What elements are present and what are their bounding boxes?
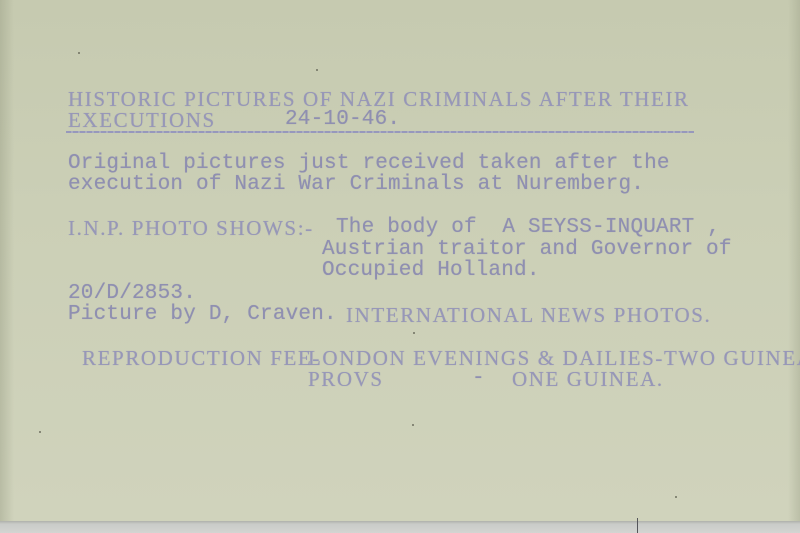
paper-speck (413, 332, 415, 334)
headline-line-1: HISTORIC PICTURES OF NAZI CRIMINALS AFTE… (68, 88, 690, 110)
credit-agency: INTERNATIONAL NEWS PHOTOS. (346, 304, 711, 326)
credit-photographer: Picture by D, Craven. (68, 304, 337, 326)
photo-shows-line-2: Austrian traitor and Governor of (322, 239, 732, 261)
headline-underline (66, 131, 694, 133)
background-surface (0, 521, 800, 533)
surface-mark (637, 518, 638, 533)
paper-speck (316, 69, 318, 71)
photo-shows-label: I.N.P. PHOTO SHOWS:- (68, 217, 314, 239)
paper-speck (78, 52, 80, 54)
paper-speck (39, 431, 41, 433)
fee-provs-text: ONE GUINEA. (512, 368, 664, 390)
typewritten-caption-sheet: HISTORIC PICTURES OF NAZI CRIMINALS AFTE… (0, 0, 800, 521)
fee-label: REPRODUCTION FEE- (82, 347, 321, 369)
fee-provs-dash: - (472, 368, 485, 390)
reference-number: 20/D/2853. (68, 283, 196, 305)
headline-date: 24-10-46. (285, 109, 400, 131)
headline-executions: EXECUTIONS (68, 109, 216, 131)
intro-line-1: Original pictures just received taken af… (68, 153, 670, 175)
photo-shows-line-1: The body of A SEYSS-INQUART , (336, 217, 720, 239)
paper-speck (675, 496, 677, 498)
photo-shows-line-3: Occupied Holland. (322, 260, 540, 282)
fee-provs-label: PROVS (308, 368, 384, 390)
paper-speck (412, 424, 414, 426)
fee-line-1: LONDON EVENINGS & DAILIES-TWO GUINEAS (308, 347, 800, 369)
intro-line-2: execution of Nazi War Criminals at Nurem… (68, 174, 644, 196)
